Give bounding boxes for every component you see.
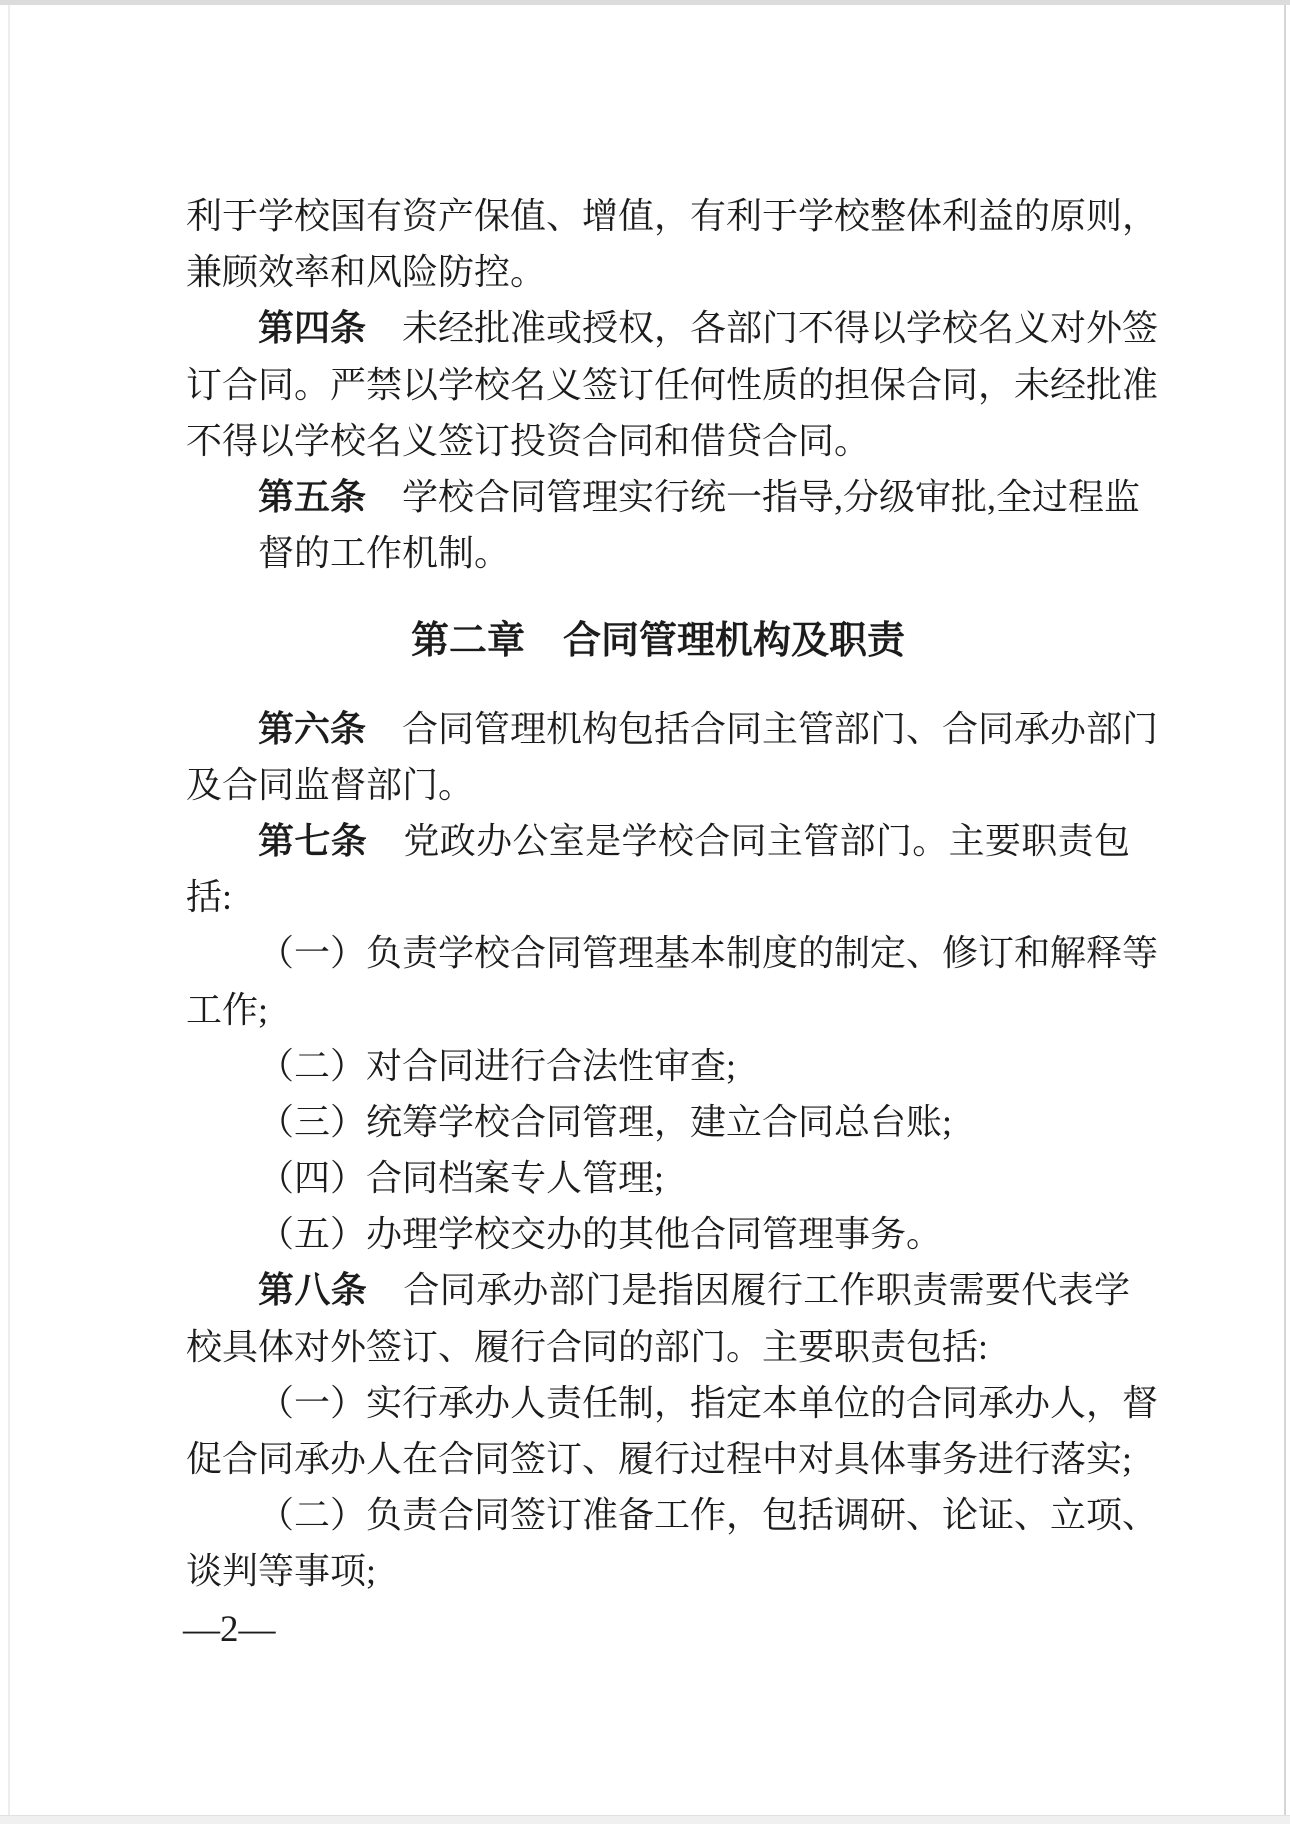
text-line: 工作;: [186, 982, 1130, 1038]
text-line: （一）实行承办人责任制，指定本单位的合同承办人，督: [186, 1375, 1130, 1431]
scan-edge-left: [8, 5, 10, 1817]
line-text: 党政办公室是学校合同主管部门。主要职责包: [367, 821, 1130, 861]
text-line: 及合同监督部门。: [186, 757, 1130, 813]
text-line: （一）负责学校合同管理基本制度的制定、修订和解释等: [186, 925, 1130, 981]
line-text: 订合同。严禁以学校名义签订任何性质的担保合同，未经批准: [186, 365, 1158, 405]
line-text: 学校合同管理实行统一指导,分级审批,全过程监: [366, 477, 1140, 517]
article-number: 第六条: [258, 709, 366, 749]
text-line: （二）对合同进行合法性审查;: [186, 1038, 1130, 1094]
text-line: （四）合同档案专人管理;: [186, 1150, 1130, 1206]
line-text: 合同承办部门是指因履行工作职责需要代表学: [367, 1270, 1130, 1310]
article-number: 第四条: [258, 308, 366, 348]
line-text: （一）负责学校合同管理基本制度的制定、修订和解释等: [258, 933, 1158, 973]
text-line: 括:: [186, 869, 1130, 925]
line-text: 工作;: [186, 990, 268, 1030]
line-text: 校具体对外签订、履行合同的部门。主要职责包括:: [186, 1327, 988, 1367]
line-text: 未经批准或授权，各部门不得以学校名义对外签: [366, 308, 1158, 348]
line-text: 合同管理机构包括合同主管部门、合同承办部门: [366, 709, 1158, 749]
article-number: 第七条: [258, 821, 367, 861]
text-line: 第五条 学校合同管理实行统一指导,分级审批,全过程监: [186, 469, 1130, 525]
article-number: 第五条: [258, 477, 366, 517]
line-text: （二）对合同进行合法性审查;: [258, 1046, 736, 1086]
text-line: （二）负责合同签订准备工作，包括调研、论证、立项、: [186, 1487, 1130, 1543]
line-text: 督的工作机制。: [258, 533, 510, 573]
line-text: （二）负责合同签订准备工作，包括调研、论证、立项、: [258, 1495, 1158, 1535]
text-line: 第六条 合同管理机构包括合同主管部门、合同承办部门: [186, 701, 1130, 757]
page-number: —2—: [183, 1610, 276, 1650]
text-line: 第四条 未经批准或授权，各部门不得以学校名义对外签: [186, 300, 1130, 356]
document-page: 利于学校国有资产保值、增值，有利于学校整体利益的原则， 兼顾效率和风险防控。 第…: [0, 0, 1290, 1824]
line-text: （一）实行承办人责任制，指定本单位的合同承办人，督: [258, 1383, 1158, 1423]
text-line: 不得以学校名义签订投资合同和借贷合同。: [186, 413, 1130, 469]
line-text: 利于学校国有资产保值、增值，有利于学校整体利益的原则，: [186, 196, 1158, 236]
scan-edge-bottom: [0, 1815, 1290, 1824]
line-text: 括:: [186, 877, 232, 917]
line-text: （五）办理学校交办的其他合同管理事务。: [258, 1214, 942, 1254]
line-text: 及合同监督部门。: [186, 765, 474, 805]
line-text: （三）统筹学校合同管理，建立合同总台账;: [258, 1102, 952, 1142]
line-text: （四）合同档案专人管理;: [258, 1158, 664, 1198]
text-line: 督的工作机制。: [186, 525, 1130, 581]
line-text: 促合同承办人在合同签订、履行过程中对具体事务进行落实;: [186, 1439, 1132, 1479]
article-number: 第八条: [258, 1270, 367, 1310]
chapter-heading: 第二章 合同管理机构及职责: [186, 613, 1130, 669]
line-text: 不得以学校名义签订投资合同和借贷合同。: [186, 421, 870, 461]
text-line: 谈判等事项;: [186, 1543, 1130, 1599]
line-text: 谈判等事项;: [186, 1551, 376, 1591]
text-line: （五）办理学校交办的其他合同管理事务。: [186, 1206, 1130, 1262]
text-line: 第七条 党政办公室是学校合同主管部门。主要职责包: [186, 813, 1130, 869]
scan-edge-right: [1284, 5, 1286, 1817]
document-body: 利于学校国有资产保值、增值，有利于学校整体利益的原则， 兼顾效率和风险防控。 第…: [186, 188, 1130, 1600]
text-line: 第八条 合同承办部门是指因履行工作职责需要代表学: [186, 1262, 1130, 1318]
text-line: （三）统筹学校合同管理，建立合同总台账;: [186, 1094, 1130, 1150]
scan-edge-top: [0, 0, 1290, 5]
text-line: 兼顾效率和风险防控。: [186, 244, 1130, 300]
text-line: 校具体对外签订、履行合同的部门。主要职责包括:: [186, 1319, 1130, 1375]
line-text: 兼顾效率和风险防控。: [186, 252, 546, 292]
text-line: 促合同承办人在合同签订、履行过程中对具体事务进行落实;: [186, 1431, 1130, 1487]
text-line: 订合同。严禁以学校名义签订任何性质的担保合同，未经批准: [186, 357, 1130, 413]
text-line: 利于学校国有资产保值、增值，有利于学校整体利益的原则，: [186, 188, 1130, 244]
